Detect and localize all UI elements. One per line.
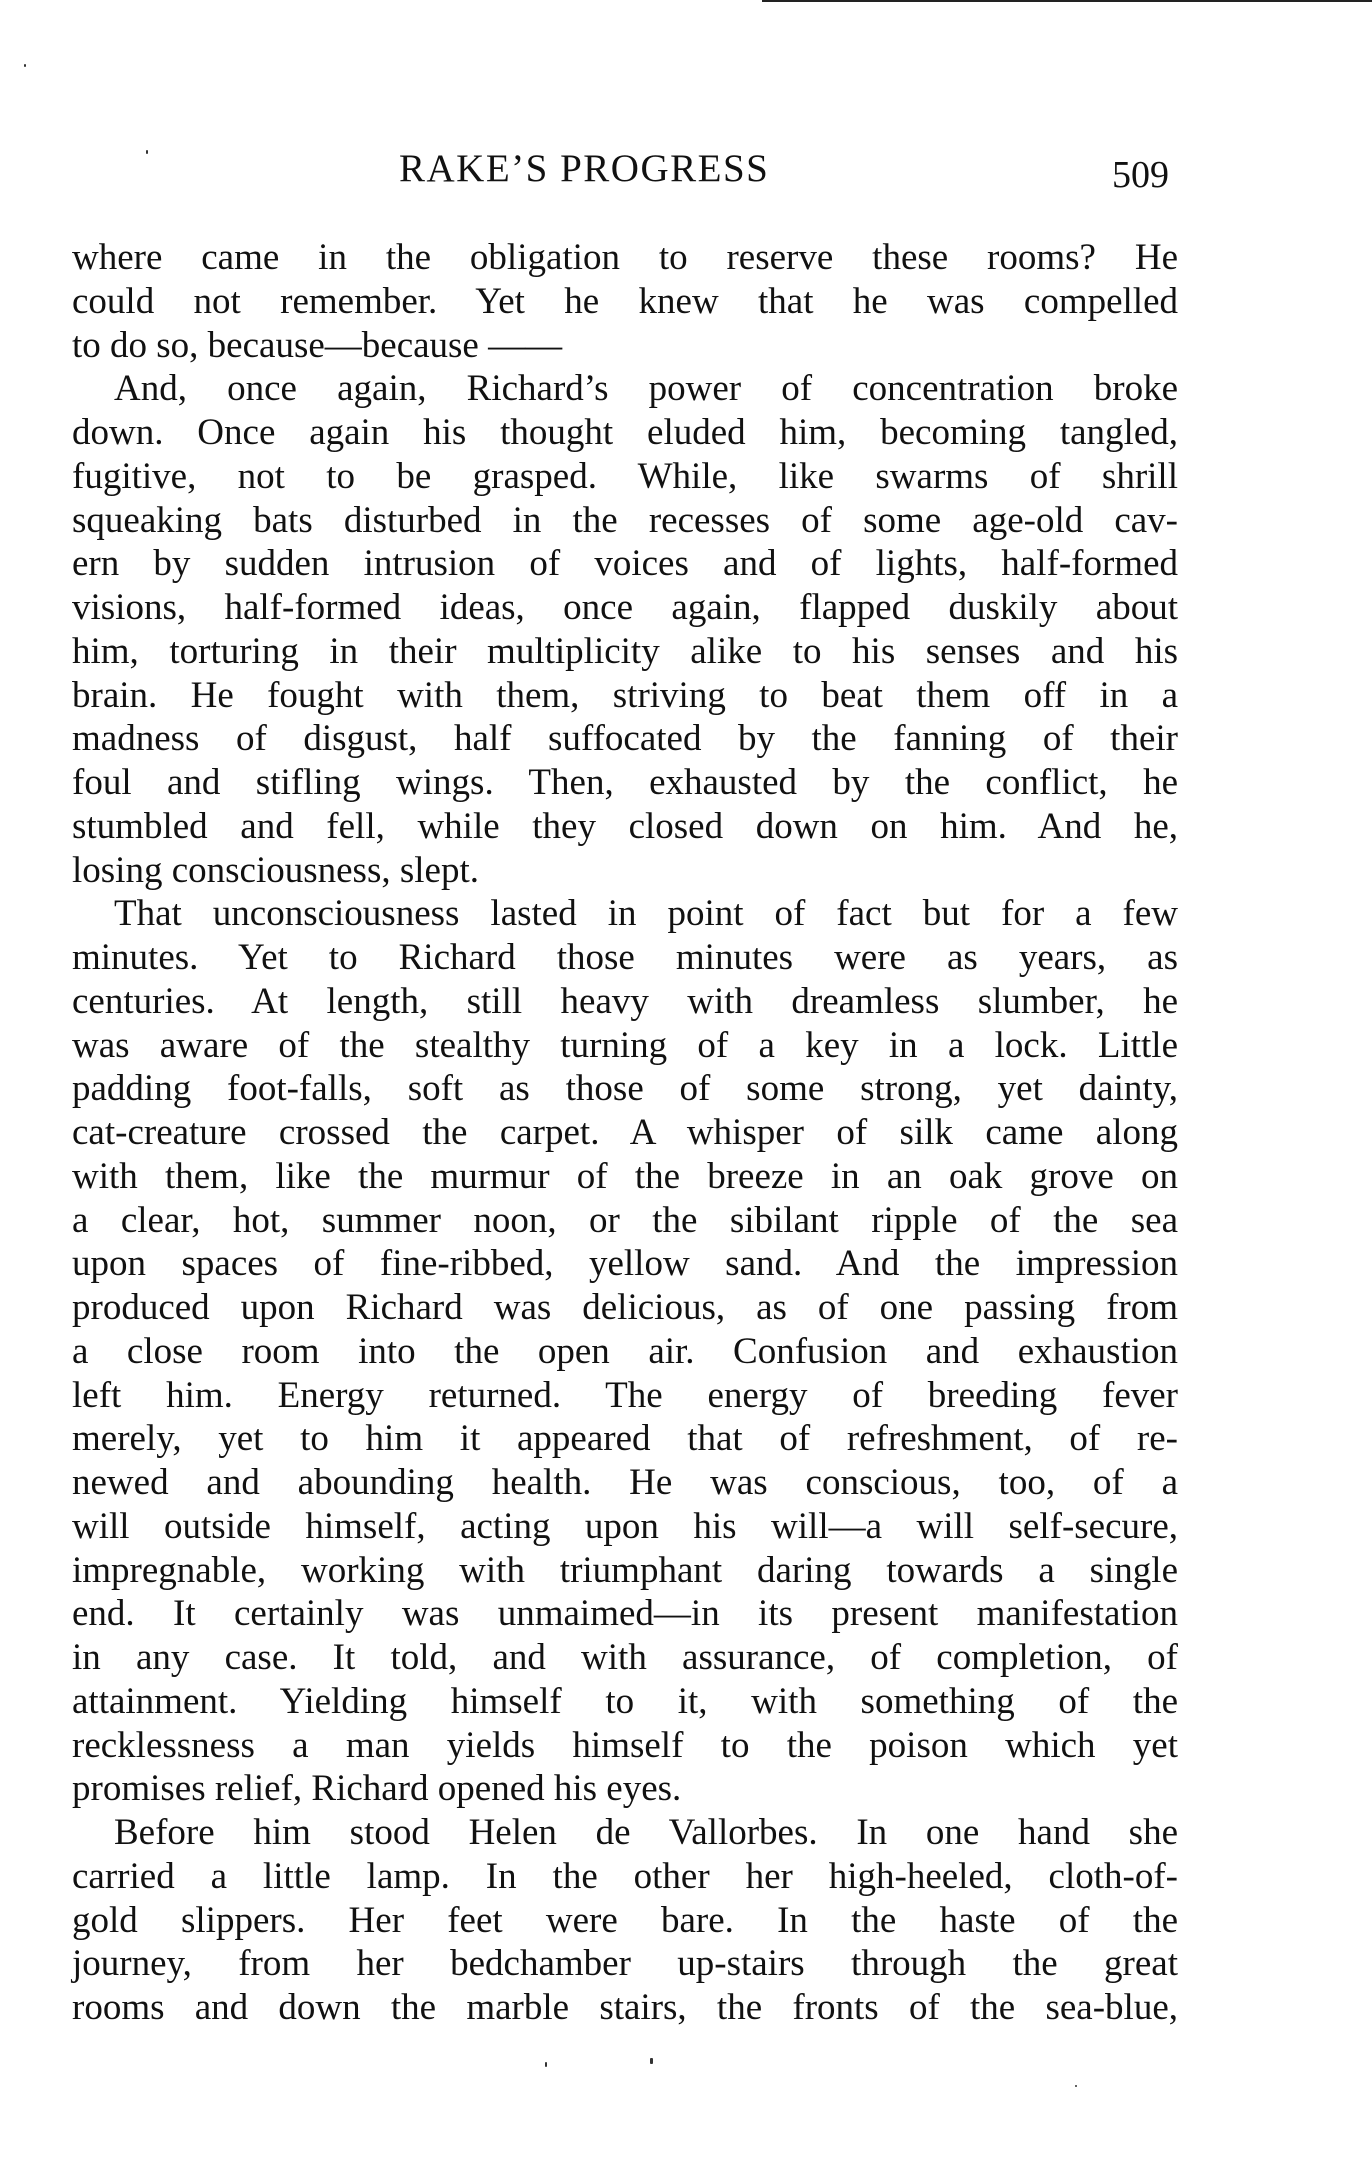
paragraph-first-line: And, once again, Richard’s power of conc…: [72, 367, 1178, 411]
paragraph-first-line: Before him stood Helen de Vallorbes. In …: [72, 1811, 1178, 1855]
text-line: to do so, because—because ——: [72, 324, 1178, 368]
scan-edge-line: [762, 0, 1372, 2]
text-line: rooms and down the marble stairs, the fr…: [72, 1986, 1178, 2030]
text-line: padding foot-falls, soft as those of som…: [72, 1067, 1178, 1111]
text-line: squeaking bats disturbed in the recesses…: [72, 499, 1178, 543]
text-line: in any case. It told, and with assurance…: [72, 1636, 1178, 1680]
text-line: left him. Energy returned. The energy of…: [72, 1374, 1178, 1418]
text-line: carried a little lamp. In the other her …: [72, 1855, 1178, 1899]
scan-speck: [650, 2058, 653, 2064]
text-line: ern by sudden intrusion of voices and of…: [72, 542, 1178, 586]
text-line: merely, yet to him it appeared that of r…: [72, 1417, 1178, 1461]
text-line: fugitive, not to be grasped. While, like…: [72, 455, 1178, 499]
text-line: madness of disgust, half suffocated by t…: [72, 717, 1178, 761]
text-line: upon spaces of fine-ribbed, yellow sand.…: [72, 1242, 1178, 1286]
text-line: gold slippers. Her feet were bare. In th…: [72, 1899, 1178, 1943]
running-title: RAKE’S PROGRESS: [399, 146, 769, 192]
text-line: centuries. At length, still heavy with d…: [72, 980, 1178, 1024]
text-line: visions, half-formed ideas, once again, …: [72, 586, 1178, 630]
body-text: where came in the obligation to reserve …: [72, 236, 1178, 2030]
text-line: end. It certainly was unmaimed—in its pr…: [72, 1592, 1178, 1636]
text-line: will outside himself, acting upon his wi…: [72, 1505, 1178, 1549]
text-line: recklessness a man yields himself to the…: [72, 1724, 1178, 1768]
text-line: him, torturing in their multiplicity ali…: [72, 630, 1178, 674]
text-line: down. Once again his thought eluded him,…: [72, 411, 1178, 455]
text-line: a clear, hot, summer noon, or the sibila…: [72, 1199, 1178, 1243]
scan-speck: [24, 64, 26, 67]
text-line: was aware of the stealthy turning of a k…: [72, 1024, 1178, 1068]
scan-speck: [1075, 2085, 1077, 2087]
text-line: where came in the obligation to reserve …: [72, 236, 1178, 280]
text-line: impregnable, working with triumphant dar…: [72, 1549, 1178, 1593]
text-line: losing consciousness, slept.: [72, 849, 1178, 893]
page-number: 509: [1112, 152, 1169, 198]
text-line: with them, like the murmur of the breeze…: [72, 1155, 1178, 1199]
text-line: foul and stifling wings. Then, exhausted…: [72, 761, 1178, 805]
text-line: attainment. Yielding himself to it, with…: [72, 1680, 1178, 1724]
text-line: brain. He fought with them, striving to …: [72, 674, 1178, 718]
text-line: produced upon Richard was delicious, as …: [72, 1286, 1178, 1330]
text-line: could not remember. Yet he knew that he …: [72, 280, 1178, 324]
text-line: a close room into the open air. Confusio…: [72, 1330, 1178, 1374]
running-head: RAKE’S PROGRESS 509: [0, 146, 1372, 196]
text-line: minutes. Yet to Richard those minutes we…: [72, 936, 1178, 980]
text-line: cat-creature crossed the carpet. A whisp…: [72, 1111, 1178, 1155]
text-line: stumbled and fell, while they closed dow…: [72, 805, 1178, 849]
paragraph-first-line: That unconsciousness lasted in point of …: [72, 892, 1178, 936]
text-line: newed and abounding health. He was consc…: [72, 1461, 1178, 1505]
text-line: promises relief, Richard opened his eyes…: [72, 1767, 1178, 1811]
scan-speck: [545, 2062, 547, 2067]
text-line: journey, from her bedchamber up-stairs t…: [72, 1942, 1178, 1986]
